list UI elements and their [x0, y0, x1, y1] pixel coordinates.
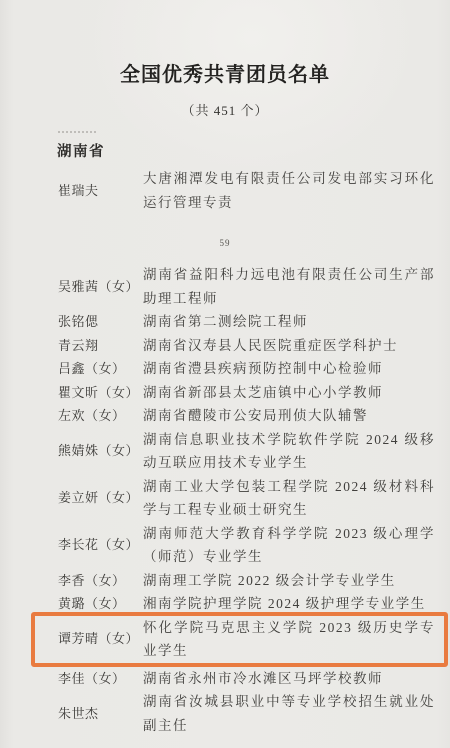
page-count: （共 451 个） — [0, 100, 450, 119]
entry-name: 李长花（女） — [58, 533, 143, 557]
entry-name: 瞿文昕（女） — [58, 381, 143, 405]
entries-page-2: 吴雅茜（女） 湖南省益阳科力远电池有限责任公司生产部助理工程师 张铭偲 湖南省第… — [0, 263, 450, 737]
table-row: 朱世杰 湖南省汝城县职业中等专业学校招生就业处副主任 — [58, 690, 435, 737]
entry-name: 青云翔 — [58, 334, 143, 358]
table-row: 左欢（女） 湖南省醴陵市公安局刑侦大队辅警 — [58, 404, 435, 428]
table-row: 吴雅茜（女） 湖南省益阳科力远电池有限责任公司生产部助理工程师 — [58, 263, 435, 310]
entry-desc: 湖南工业大学包装工程学院 2024 级材料科学与工程专业硕士研究生 — [143, 475, 435, 522]
table-row: 青云翔 湖南省汉寿县人民医院重症医学科护士 — [58, 334, 435, 358]
table-row: 姜立妍（女） 湖南工业大学包装工程学院 2024 级材料科学与工程专业硕士研究生 — [58, 475, 435, 522]
table-row: 崔瑞夫 大唐湘潭发电有限责任公司发电部实习环化运行管理专责 — [58, 167, 435, 214]
entry-desc: 湖南省永州市冷水滩区马坪学校教师 — [143, 667, 435, 691]
entry-name: 谭芳晴（女） — [58, 627, 143, 651]
scan-artifact-dashes — [58, 131, 96, 133]
table-row: 张铭偲 湖南省第二测绘院工程师 — [58, 310, 435, 334]
entry-desc: 怀化学院马克思主义学院 2023 级历史学专业学生 — [143, 616, 435, 663]
table-row: 李佳（女） 湖南省永州市冷水滩区马坪学校教师 — [58, 667, 435, 691]
entry-desc: 湖南省汝城县职业中等专业学校招生就业处副主任 — [143, 690, 435, 737]
page-title: 全国优秀共青团员名单 — [0, 0, 450, 86]
entry-name: 张铭偲 — [58, 310, 143, 334]
entries-page-1: 崔瑞夫 大唐湘潭发电有限责任公司发电部实习环化运行管理专责 — [0, 167, 450, 214]
entry-name: 吕鑫（女） — [58, 357, 143, 381]
entry-desc: 湖南师范大学教育科学学院 2023 级心理学（师范）专业学生 — [143, 522, 435, 569]
entry-desc: 湘南学院护理学院 2024 级护理学专业学生 — [143, 592, 435, 616]
entry-name: 熊婧姝（女） — [58, 439, 143, 463]
table-row: 瞿文昕（女） 湖南省新邵县太芝庙镇中心小学教师 — [58, 381, 435, 405]
entry-desc: 湖南省益阳科力远电池有限责任公司生产部助理工程师 — [143, 263, 435, 310]
document-page: 全国优秀共青团员名单 （共 451 个） 湖南省 崔瑞夫 大唐湘潭发电有限责任公… — [0, 0, 450, 748]
entry-name: 黄璐（女） — [58, 592, 143, 616]
entry-name: 李香（女） — [58, 569, 143, 593]
table-row: 李长花（女） 湖南师范大学教育科学学院 2023 级心理学（师范）专业学生 — [58, 522, 435, 569]
entry-desc: 湖南省汉寿县人民医院重症医学科护士 — [143, 334, 435, 358]
entry-name: 崔瑞夫 — [58, 179, 143, 203]
entry-desc: 湖南信息职业技术学院软件学院 2024 级移动互联应用技术专业学生 — [143, 428, 435, 475]
table-row: 吕鑫（女） 湖南省澧县疾病预防控制中心检验师 — [58, 357, 435, 381]
entry-name: 朱世杰 — [58, 702, 143, 726]
entry-desc: 湖南理工学院 2022 级会计学专业学生 — [143, 569, 435, 593]
page-number: 59 — [0, 238, 450, 248]
entry-desc: 湖南省新邵县太芝庙镇中心小学教师 — [143, 381, 435, 405]
entry-desc: 湖南省第二测绘院工程师 — [143, 310, 435, 334]
entry-name: 左欢（女） — [58, 404, 143, 428]
table-row: 李香（女） 湖南理工学院 2022 级会计学专业学生 — [58, 569, 435, 593]
entry-desc: 大唐湘潭发电有限责任公司发电部实习环化运行管理专责 — [143, 167, 435, 214]
entry-desc: 湖南省澧县疾病预防控制中心检验师 — [143, 357, 435, 381]
entry-name: 吴雅茜（女） — [58, 275, 143, 299]
highlighted-entry: 谭芳晴（女） 怀化学院马克思主义学院 2023 级历史学专业学生 — [31, 612, 448, 667]
entry-desc: 湖南省醴陵市公安局刑侦大队辅警 — [143, 404, 435, 428]
table-row: 黄璐（女） 湘南学院护理学院 2024 级护理学专业学生 — [58, 592, 435, 616]
province-header: 湖南省 — [57, 140, 450, 161]
entry-name: 姜立妍（女） — [58, 486, 143, 510]
entry-name: 李佳（女） — [58, 667, 143, 691]
table-row: 熊婧姝（女） 湖南信息职业技术学院软件学院 2024 级移动互联应用技术专业学生 — [58, 428, 435, 475]
